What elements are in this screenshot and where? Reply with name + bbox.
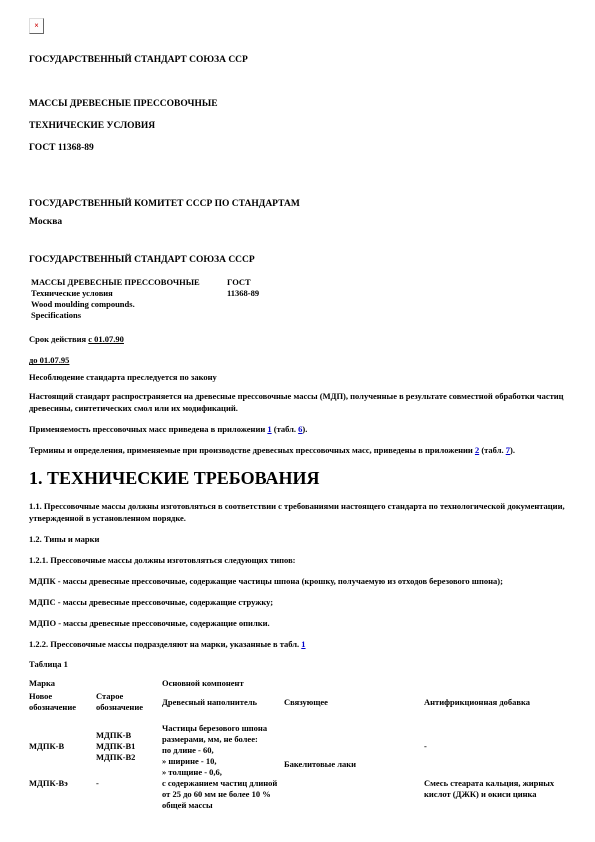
city-line: Москва [29,216,567,228]
clause-1-2-2: 1.2.2. Прессовочные массы подразделяют н… [29,638,567,650]
header-old-designation: Старое обозначение [96,689,162,717]
cell-old-designation: - [96,770,162,811]
type-mdpo: МДПО - массы древесные прессовочные, сод… [29,617,567,629]
table-row: МДПК-В МДПК-В МДПК-В1 МДПК-В2 Частицы бе… [29,717,568,770]
header-filler: Древесный наполнитель [162,689,284,717]
cell-filler: Частицы березового шпона размерами, мм, … [162,717,284,811]
table-1: Марка Основной компонент Новое обозначен… [29,678,568,811]
clause-1-2: 1.2. Типы и марки [29,533,567,545]
validity-from-link[interactable]: с 01.07.90 [88,334,124,344]
type-mdps: МДПС - массы древесные прессовочные, сод… [29,596,567,608]
terms-mid-text: (табл. [479,445,506,455]
table-header-group-row: Марка Основной компонент [29,678,568,689]
header-binder: Связующее [284,689,424,717]
clause-1-2-1: 1.2.1. Прессовочные массы должны изготов… [29,554,567,566]
code-number: 11368-89 [227,288,259,299]
table-header-row: Новое обозначение Старое обозначение Дре… [29,689,568,717]
validity-from-line: Срок действия с 01.07.90 [29,333,567,345]
org-line: ГОСУДАРСТВЕННЫЙ СТАНДАРТ СОЮЗА ССР [29,54,567,66]
broken-image-icon: × [29,18,44,34]
cell-new-designation: МДПК-В [29,717,96,770]
document-subtitle: ТЕХНИЧЕСКИЕ УСЛОВИЯ [29,120,567,132]
header-additive: Антифрикционная добавка [424,689,568,717]
broken-image-x-glyph: × [34,22,39,30]
document-title: МАССЫ ДРЕВЕСНЫЕ ПРЕССОВОЧНЫЕ [29,98,567,110]
cell-additive: Смесь стеарата кальция, жирных кислот (Д… [424,770,568,811]
terms-suffix-text: ). [510,445,515,455]
scope-paragraph: Настоящий стандарт распространяется на д… [29,390,567,414]
header-new-designation: Новое обозначение [29,689,96,717]
cell-new-designation: МДПК-Вэ [29,770,96,811]
code-label: ГОСТ [227,277,259,288]
standard-line: ГОСУДАРСТВЕННЫЙ СТАНДАРТ СОЮЗА СССР [29,254,567,266]
applicability-paragraph: Применяемость прессовочных масс приведен… [29,423,567,435]
clause-1-2-2-text: 1.2.2. Прессовочные массы подразделяют н… [29,639,301,649]
section-1-heading: 1. ТЕХНИЧЕСКИЕ ТРЕБОВАНИЯ [29,468,567,488]
document-page: × ГОСУДАРСТВЕННЫЙ СТАНДАРТ СОЮЗА ССР МАС… [0,0,595,842]
cell-binder: Бакелитовые лаки [284,717,424,811]
terms-text: Термины и определения, применяемые при п… [29,445,475,455]
subtitle-en: Specifications [31,310,227,321]
cell-old-designation: МДПК-В МДПК-В1 МДПК-В2 [96,717,162,770]
applicability-text: Применяемость прессовочных масс приведен… [29,424,267,434]
subtitle-ru: Технические условия [31,288,227,299]
title-ru: МАССЫ ДРЕВЕСНЫЕ ПРЕССОВОЧНЫЕ [31,277,227,288]
table-1-caption: Таблица 1 [29,658,567,670]
validity-to-line: до 01.07.95 [29,354,567,366]
validity-label: Срок действия [29,334,86,344]
cell-additive: - [424,717,568,770]
law-notice: Несоблюдение стандарта преследуется по з… [29,371,567,383]
terms-paragraph: Термины и определения, применяемые при п… [29,444,567,456]
clause-1-1: 1.1. Прессовочные массы должны изготовля… [29,500,567,524]
title-block-code: ГОСТ 11368-89 [227,277,259,321]
title-block: МАССЫ ДРЕВЕСНЫЕ ПРЕССОВОЧНЫЕ Технические… [31,277,567,321]
header-main-component: Основной компонент [162,678,568,689]
applicability-mid-text: (табл. [272,424,299,434]
title-block-left: МАССЫ ДРЕВЕСНЫЕ ПРЕССОВОЧНЫЕ Технические… [31,277,227,321]
table-1-link[interactable]: 1 [301,639,305,649]
committee-line: ГОСУДАРСТВЕННЫЙ КОМИТЕТ СССР ПО СТАНДАРТ… [29,198,567,210]
header-marka: Марка [29,678,162,689]
applicability-suffix-text: ). [302,424,307,434]
gost-number: ГОСТ 11368-89 [29,142,567,154]
validity-to-link[interactable]: до 01.07.95 [29,355,69,365]
title-en: Wood moulding compounds. [31,299,227,310]
type-mdpk: МДПК - массы древесные прессовочные, сод… [29,575,567,587]
